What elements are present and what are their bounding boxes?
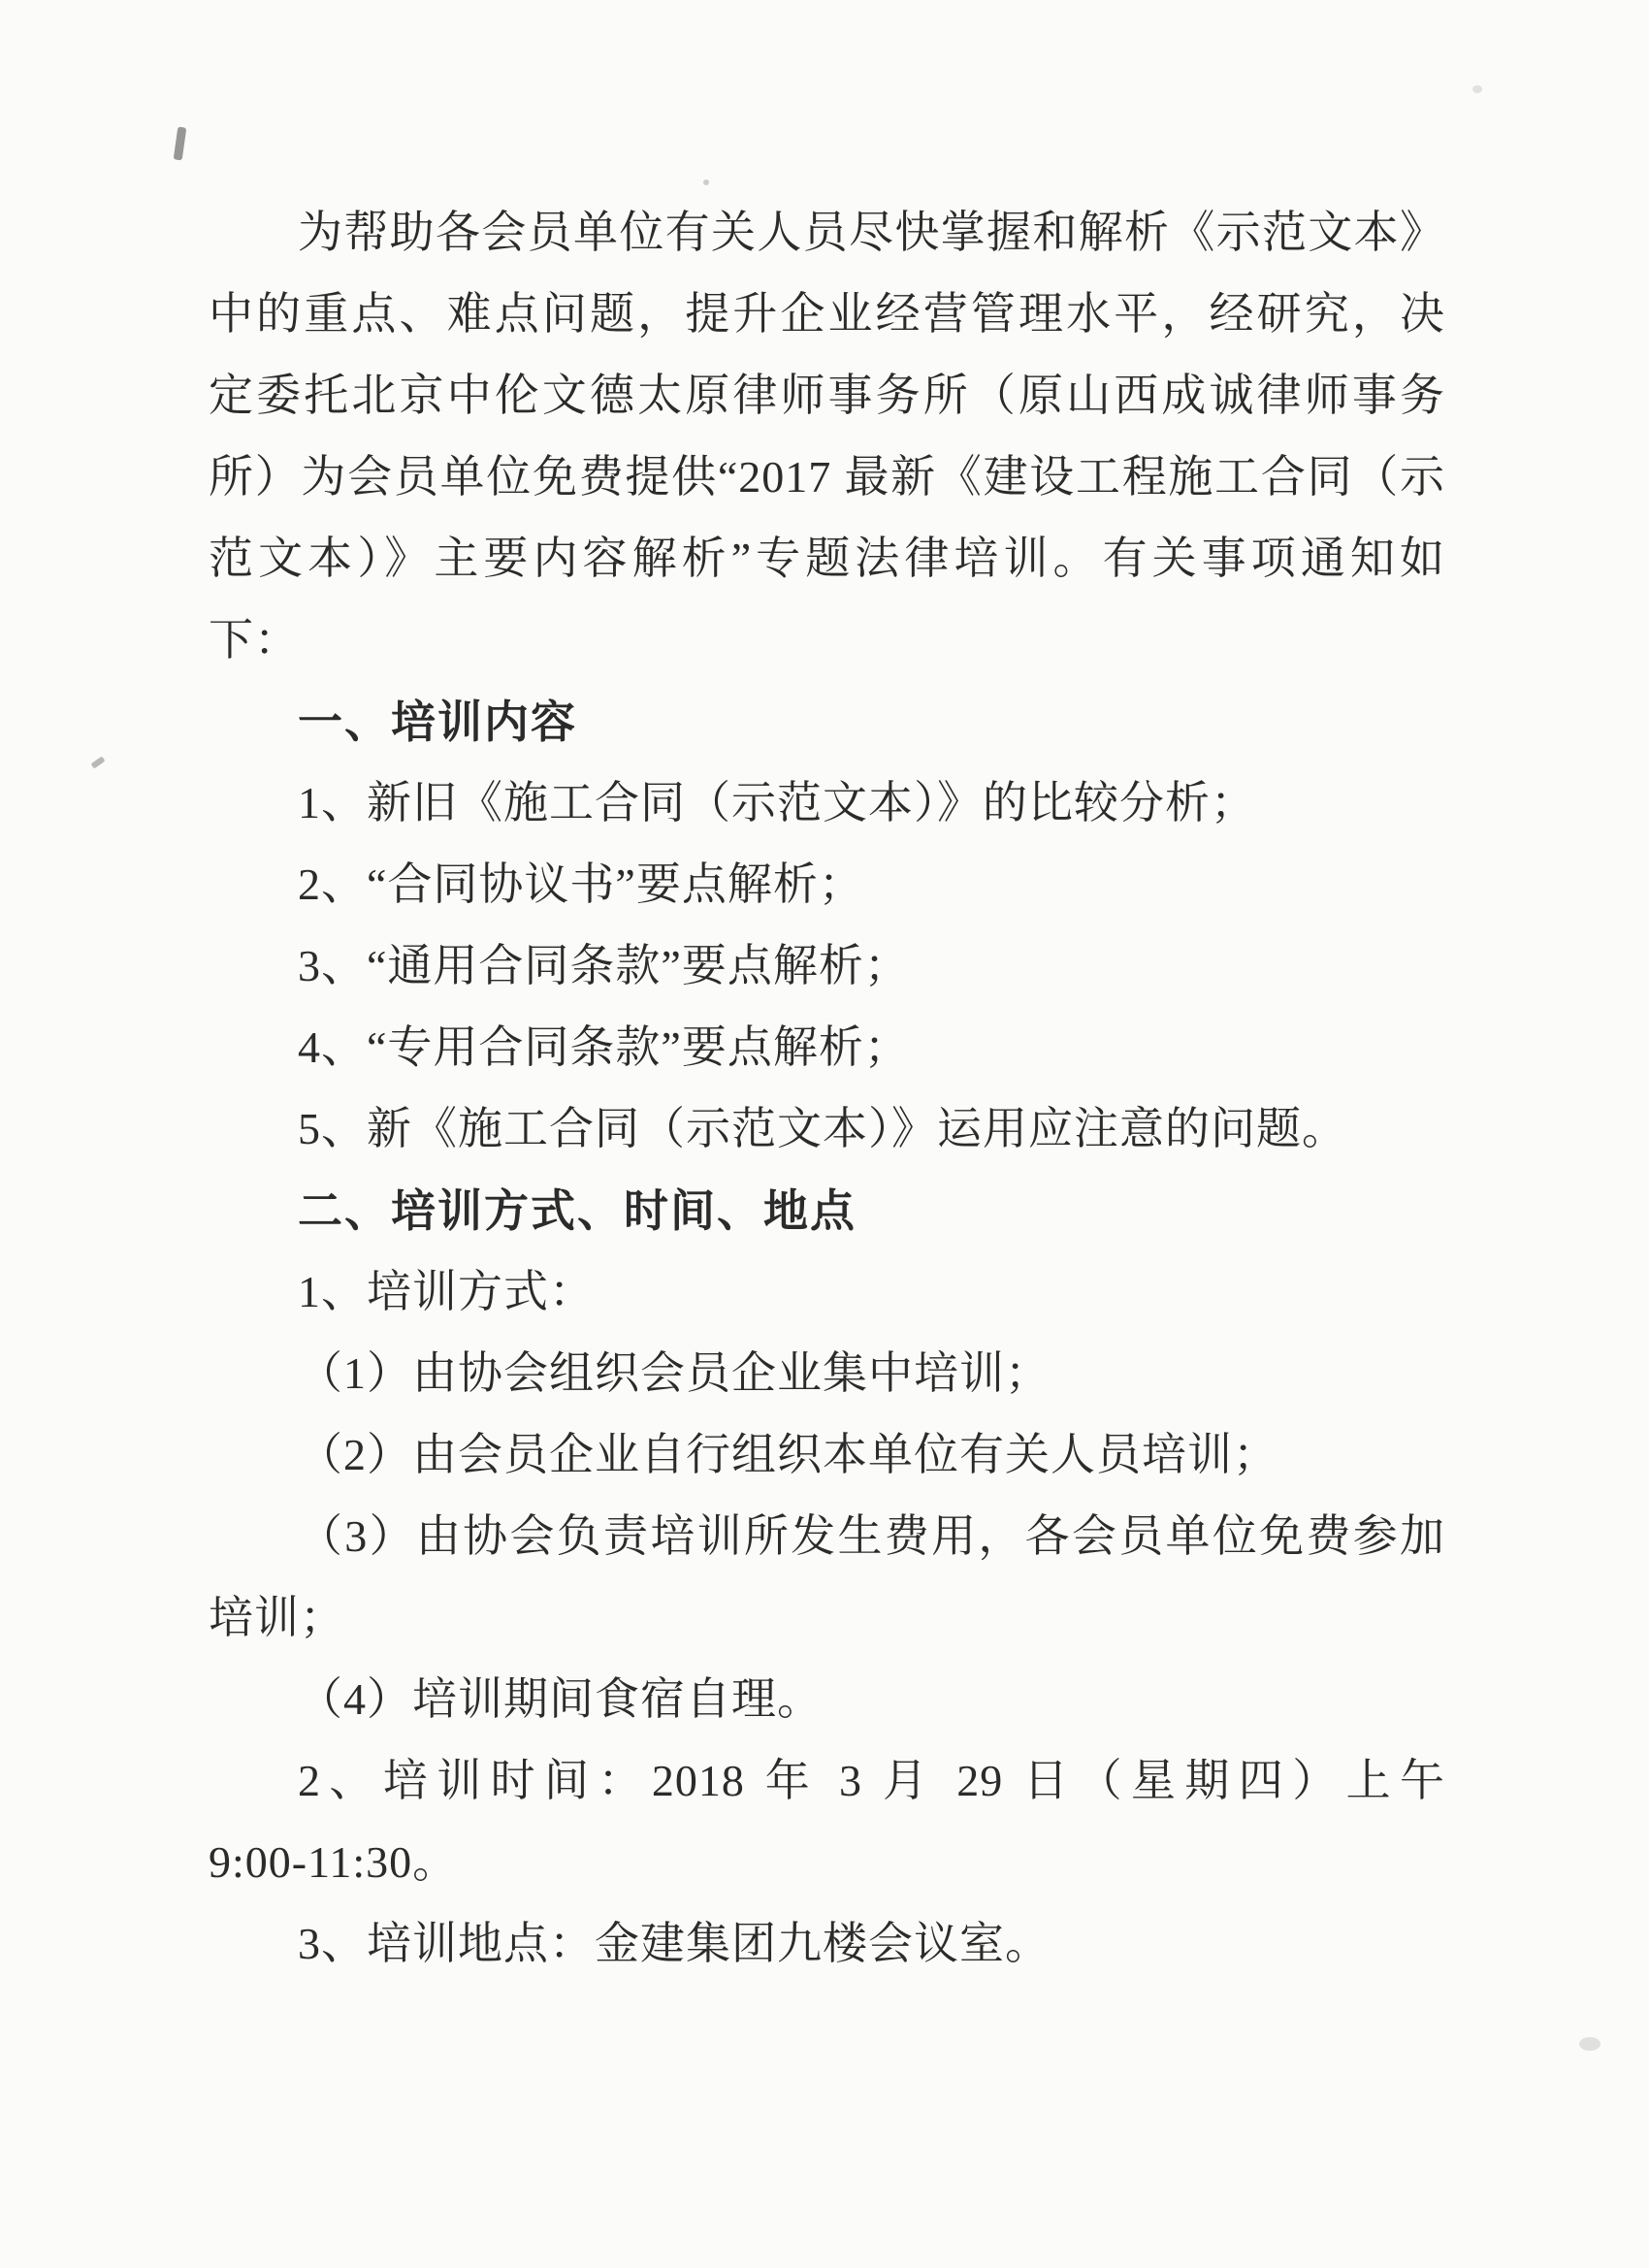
document-line: 1、培训方式：: [209, 1251, 1445, 1333]
document-line: 为帮助各会员单位有关人员尽快掌握和解析《示范文本》: [209, 192, 1445, 274]
document-line: 下：: [209, 599, 1445, 681]
document-line: 1、新旧《施工合同（示范文本）》的比较分析；: [209, 762, 1445, 844]
document-line: （2）由会员企业自行组织本单位有关人员培训；: [209, 1414, 1445, 1496]
document-line: 2、“合同协议书”要点解析；: [209, 844, 1445, 925]
scan-artifact: [1579, 2037, 1600, 2051]
scan-artifact: [703, 179, 709, 185]
scan-artifact: [174, 127, 187, 161]
scanned-document-page: 为帮助各会员单位有关人员尽快掌握和解析《示范文本》中的重点、难点问题，提升企业经…: [0, 0, 1649, 2268]
document-line: 定委托北京中伦文德太原律师事务所（原山西成诚律师事务: [209, 355, 1445, 437]
document-line: 一、培训内容: [209, 681, 1445, 762]
document-line: 5、新《施工合同（示范文本）》运用应注意的问题。: [209, 1088, 1445, 1170]
document-line: （1）由协会组织会员企业集中培训；: [209, 1333, 1445, 1414]
scan-artifact: [91, 757, 106, 769]
document-line: （4）培训期间食宿自理。: [209, 1659, 1445, 1740]
document-line: 二、培训方式、时间、地点: [209, 1170, 1445, 1251]
document-line: 3、“通用合同条款”要点解析；: [209, 925, 1445, 1007]
document-line: 范文本）》主要内容解析”专题法律培训。有关事项通知如: [209, 518, 1445, 599]
document-line: 中的重点、难点问题，提升企业经营管理水平，经研究，决: [209, 274, 1445, 355]
document-body: 为帮助各会员单位有关人员尽快掌握和解析《示范文本》中的重点、难点问题，提升企业经…: [209, 192, 1445, 1985]
document-line: 培训；: [209, 1577, 1445, 1659]
document-line: 2、培训时间：2018 年 3 月 29 日（星期四）上午: [209, 1740, 1445, 1822]
document-line: 3、培训地点：金建集团九楼会议室。: [209, 1903, 1445, 1985]
document-line: 所）为会员单位免费提供“2017 最新《建设工程施工合同（示: [209, 437, 1445, 518]
document-line: 4、“专用合同条款”要点解析；: [209, 1007, 1445, 1088]
scan-artifact: [1472, 85, 1482, 93]
document-line: 9:00-11:30。: [209, 1822, 1445, 1903]
document-line: （3）由协会负责培训所发生费用，各会员单位免费参加: [209, 1496, 1445, 1577]
